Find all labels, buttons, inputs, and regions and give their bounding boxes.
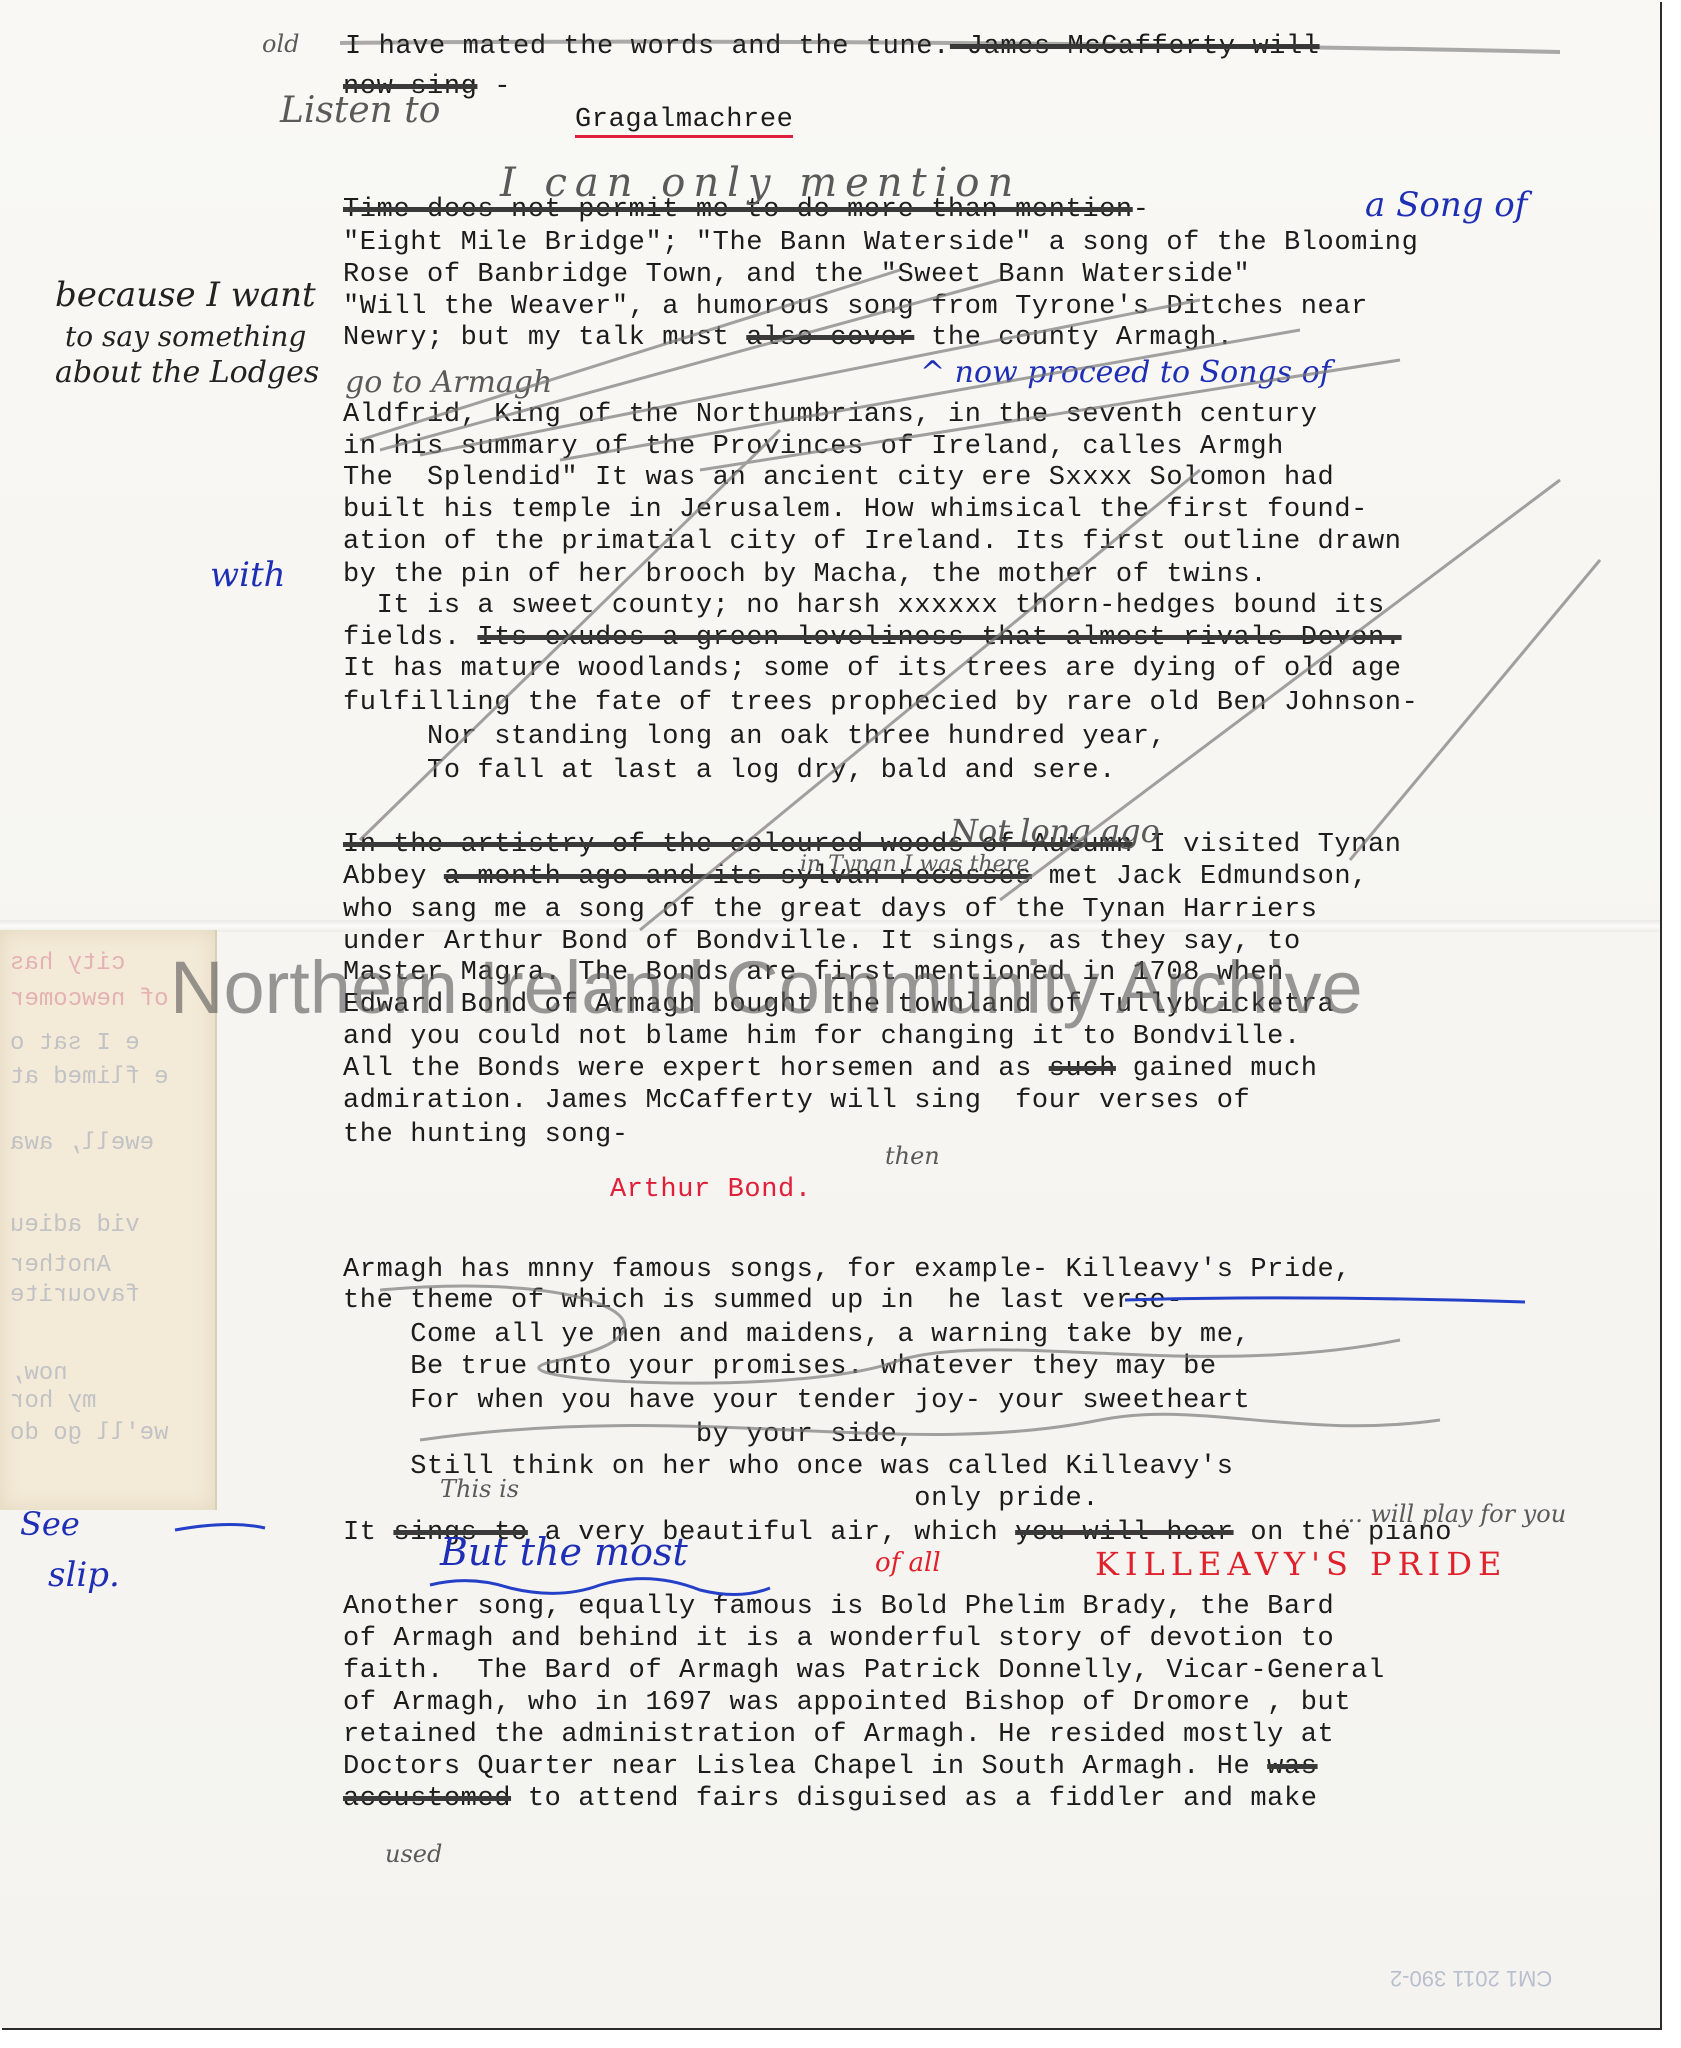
typed-line: Nor standing long an oak three hundred y…	[343, 722, 1166, 752]
red-note-of-all: of all	[875, 1548, 941, 1578]
struck-text: was	[1267, 1752, 1317, 1782]
typed-text: of Armagh, who in 1697 was appointed Bis…	[343, 1688, 1351, 1718]
struck-text: accustomed	[343, 1784, 511, 1814]
pencil-note-about-lodges: about the Lodges	[55, 355, 319, 390]
typed-text: gained much	[1116, 1054, 1318, 1084]
struck-text: James McCafferty will	[950, 32, 1320, 62]
typed-text: built his temple in Jerusalem. How whims…	[343, 495, 1368, 525]
typed-text: fulfilling the fate of trees prophecied …	[343, 688, 1418, 718]
typed-text: Come all ye men and maidens, a warning t…	[343, 1320, 1250, 1350]
typed-text: It is a sweet county; no harsh xxxxxx th…	[343, 591, 1385, 621]
typed-text: Arthur Bond.	[610, 1175, 812, 1205]
typed-line: accustomed to attend fairs disguised as …	[343, 1784, 1318, 1814]
typed-text: To fall at last a log dry, bald and sere…	[343, 756, 1116, 786]
blue-note-now-proceed: ^ now proceed to Songs of	[920, 355, 1331, 390]
pencil-note-not-long-ago: Not long ago	[950, 812, 1160, 850]
slip-line: Another	[10, 1252, 111, 1279]
typed-line: Armagh has mnny famous songs, for exampl…	[343, 1255, 1351, 1285]
slip-line: now,	[10, 1360, 68, 1387]
slip-line: we'll go do	[10, 1420, 168, 1447]
typed-text: -	[1133, 195, 1150, 225]
typed-text: -	[477, 72, 511, 102]
typed-line: "Eight Mile Bridge"; "The Bann Waterside…	[343, 228, 1418, 258]
slip-line: my hor	[10, 1388, 96, 1415]
typed-line: Newry; but my talk must also cover the c…	[343, 323, 1234, 353]
slip-line: of newcomer	[10, 986, 168, 1013]
typed-text: the hunting song-	[343, 1120, 629, 1150]
catalog-number: CM1 2011 390-2	[1390, 1965, 1552, 1991]
slip-line: e flimed at	[10, 1064, 168, 1091]
typed-line: Another song, equally famous is Bold Phe…	[343, 1592, 1334, 1622]
typed-text: Gragalmachree	[575, 105, 793, 138]
typed-line: the hunting song-	[343, 1120, 629, 1150]
typed-text: "Eight Mile Bridge"; "The Bann Waterside…	[343, 228, 1418, 258]
typed-text: admiration. James McCafferty will sing f…	[343, 1086, 1250, 1116]
typed-line: admiration. James McCafferty will sing f…	[343, 1086, 1250, 1116]
pencil-note-listen-to: Listen to	[280, 90, 440, 131]
typed-text: Another song, equally famous is Bold Phe…	[343, 1592, 1334, 1622]
typed-text: Newry; but my talk must	[343, 323, 746, 353]
typed-text: All the Bonds were expert horsemen and a…	[343, 1054, 1049, 1084]
pencil-note-this-is: This is	[440, 1475, 519, 1503]
typed-text: Be true unto your promises. whatever the…	[343, 1352, 1217, 1382]
typed-text: I visited Tynan	[1133, 830, 1402, 860]
pencil-note-i-can-only-mention: I can only mention	[500, 160, 1021, 206]
pencil-note-then: then	[885, 1142, 940, 1170]
typed-line: All the Bonds were expert horsemen and a…	[343, 1054, 1318, 1084]
typed-line: Aldfrid, King of the Northumbrians, in t…	[343, 400, 1318, 430]
typed-text: Armagh has mnny famous songs, for exampl…	[343, 1255, 1351, 1285]
typed-text: It has mature woodlands; some of its tre…	[343, 654, 1402, 684]
pencil-note-old: old	[262, 30, 300, 58]
typed-text: ation of the primatial city of Ireland. …	[343, 527, 1402, 557]
pencil-note-used: used	[385, 1840, 442, 1868]
typed-line: Rose of Banbridge Town, and the "Sweet B…	[343, 260, 1250, 290]
typed-text: by the pin of her brooch by Macha, the m…	[343, 560, 1267, 590]
blue-note-but-the-most: But the most	[440, 1530, 688, 1574]
typed-line: of Armagh, who in 1697 was appointed Bis…	[343, 1688, 1351, 1718]
blue-note-a-song-of: a Song of	[1365, 185, 1527, 225]
typed-text: faith. The Bard of Armagh was Patrick Do…	[343, 1656, 1385, 1686]
blue-note-with: with	[210, 555, 286, 595]
typed-text: the theme of which is summed up in he la…	[343, 1286, 1183, 1316]
typed-text: by your side,	[343, 1420, 914, 1450]
archive-watermark: Northern Ireland Community Archive	[170, 945, 1363, 1030]
slip-line: vid adieu	[10, 1212, 140, 1239]
typed-line: who sang me a song of the great days of …	[343, 895, 1318, 925]
typed-line: "Will the Weaver", a humorous song from …	[343, 292, 1368, 322]
typed-line: ation of the primatial city of Ireland. …	[343, 527, 1402, 557]
typed-line: Be true unto your promises. whatever the…	[343, 1352, 1217, 1382]
typed-line: The Splendid" It was an ancient city ere…	[343, 463, 1334, 493]
typed-text: retained the administration of Armagh. H…	[343, 1720, 1334, 1750]
typed-text: For when you have your tender joy- your …	[343, 1386, 1250, 1416]
typed-line: fields. Its exudes a green loveliness th…	[343, 623, 1402, 653]
typed-text: met Jack Edmundson,	[1032, 862, 1368, 892]
typed-line: To fall at last a log dry, bald and sere…	[343, 756, 1116, 786]
typed-text: It	[343, 1518, 393, 1548]
pencil-note-in-tynan: in Tynan I was there	[800, 852, 1029, 877]
typed-line: retained the administration of Armagh. H…	[343, 1720, 1334, 1750]
typed-line: It has mature woodlands; some of its tre…	[343, 654, 1402, 684]
typed-text: of Armagh and behind it is a wonderful s…	[343, 1624, 1334, 1654]
typed-text: the county Armagh.	[914, 323, 1233, 353]
typed-line: by the pin of her brooch by Macha, the m…	[343, 560, 1267, 590]
typed-line: fulfilling the fate of trees prophecied …	[343, 688, 1418, 718]
typed-text: in his summary of the Provinces of Irela…	[343, 432, 1284, 462]
blue-note-slip: slip.	[48, 1555, 120, 1595]
typed-line: the theme of which is summed up in he la…	[343, 1286, 1183, 1316]
slip-line: ewell, awa	[10, 1130, 154, 1157]
typed-text: "Will the Weaver", a humorous song from …	[343, 292, 1368, 322]
red-note-killeavys-pride: KILLEAVY'S PRIDE	[1095, 1545, 1507, 1583]
typed-line: of Armagh and behind it is a wonderful s…	[343, 1624, 1334, 1654]
struck-text: also cover	[746, 323, 914, 353]
typed-text: Doctors Quarter near Lislea Chapel in So…	[343, 1752, 1267, 1782]
typed-text: Nor standing long an oak three hundred y…	[343, 722, 1166, 752]
typed-text: Rose of Banbridge Town, and the "Sweet B…	[343, 260, 1250, 290]
typed-line: Come all ye men and maidens, a warning t…	[343, 1320, 1250, 1350]
struck-text: Its exudes a green loveliness that almos…	[477, 623, 1401, 653]
slip-line: e I sat o	[10, 1030, 140, 1057]
typed-line: Gragalmachree	[575, 105, 793, 135]
slip-line: favourite	[10, 1282, 140, 1309]
typed-text: fields.	[343, 623, 477, 653]
pencil-note-go-to-armagh: go to Armagh	[345, 365, 552, 400]
typed-text: I have mated the words and the tune.	[345, 32, 950, 62]
typed-text: to attend fairs disguised as a fiddler a…	[511, 1784, 1318, 1814]
pencil-note-because: because I want	[55, 275, 316, 315]
typed-line: in his summary of the Provinces of Irela…	[343, 432, 1284, 462]
typed-line: faith. The Bard of Armagh was Patrick Do…	[343, 1656, 1385, 1686]
pencil-note-will-play: ... will play for you	[1340, 1500, 1566, 1528]
struck-text: such	[1049, 1054, 1116, 1084]
typed-text: The Splendid" It was an ancient city ere…	[343, 463, 1334, 493]
slip-line: city has	[10, 950, 125, 977]
blue-note-see: See	[20, 1505, 80, 1543]
typed-text: Abbey	[343, 862, 444, 892]
typed-line: I have mated the words and the tune. Jam…	[345, 32, 1320, 62]
struck-text: you will hear	[1015, 1518, 1233, 1548]
typed-text: who sang me a song of the great days of …	[343, 895, 1318, 925]
pencil-note-to-say: to say something	[65, 320, 306, 353]
typed-line: For when you have your tender joy- your …	[343, 1386, 1250, 1416]
typed-text: Aldfrid, King of the Northumbrians, in t…	[343, 400, 1318, 430]
typed-line: built his temple in Jerusalem. How whims…	[343, 495, 1368, 525]
typed-line: Doctors Quarter near Lislea Chapel in So…	[343, 1752, 1318, 1782]
typed-line: by your side,	[343, 1420, 914, 1450]
typed-line: Arthur Bond.	[610, 1175, 812, 1205]
typed-line: It is a sweet county; no harsh xxxxxx th…	[343, 591, 1385, 621]
